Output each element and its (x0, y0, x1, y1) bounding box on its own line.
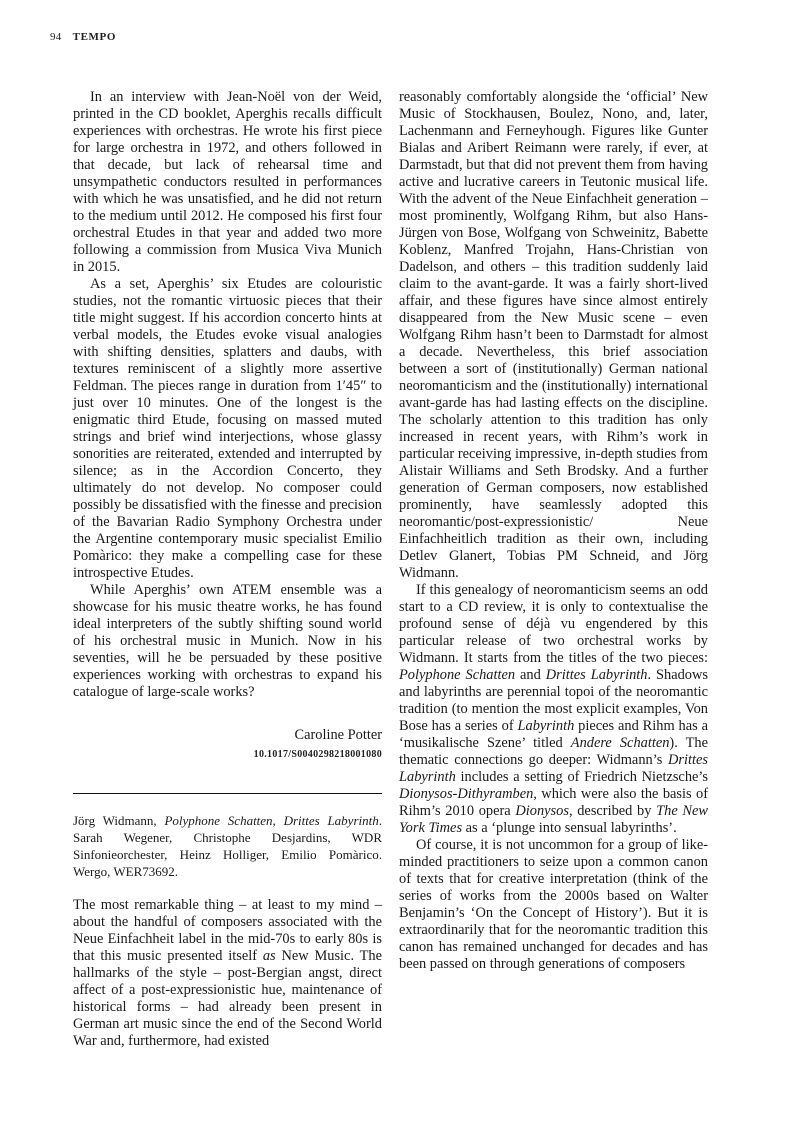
review1-paragraph-1: In an interview with Jean-Noël von der W… (73, 89, 382, 276)
work-title: Dionysos-Dithyramben (399, 786, 533, 802)
review2-paragraph-3: Of course, it is not uncommon for a grou… (399, 837, 708, 973)
review2-heading: Jörg Widmann, Polyphone Schatten, Dritte… (73, 812, 382, 880)
text-run: If this genealogy of neoromanticism seem… (399, 582, 708, 666)
page-number: 94 (50, 31, 62, 43)
review2-paragraph-1: The most remarkable thing – at least to … (73, 897, 382, 1050)
section-divider (73, 793, 382, 794)
work-title-2: Drittes Labyrinth (284, 813, 379, 828)
review1-paragraph-3: While Aperghis’ own ATEM ensemble was a … (73, 582, 382, 701)
right-column: reasonably comfortably alongside the ‘of… (399, 89, 708, 973)
text-run: includes a setting of Friedrich Nietzsch… (456, 769, 708, 785)
journal-title: TEMPO (73, 31, 116, 43)
work-title: Andere Schatten (571, 735, 670, 751)
review1-paragraph-2: As a set, Aperghis’ six Etudes are colou… (73, 276, 382, 582)
work-title: Drittes Labyrinth (546, 667, 648, 683)
work-title: Labyrinth (518, 718, 575, 734)
work-title: Dionysos (515, 803, 569, 819)
review2-paragraph-1-continued: reasonably comfortably alongside the ‘of… (399, 89, 708, 582)
left-column: In an interview with Jean-Noël von der W… (73, 89, 382, 1050)
text-run: , described by (569, 803, 656, 819)
text-run: and (515, 667, 546, 683)
composer-name: Jörg Widmann, (73, 813, 164, 828)
review2-paragraph-2: If this genealogy of neoromanticism seem… (399, 582, 708, 837)
text-run: as a ‘plunge into sensual labyrinths’. (462, 820, 677, 836)
work-title-1: Polyphone Schatten, (164, 813, 283, 828)
emphasis: as (263, 948, 276, 964)
review-doi[interactable]: 10.1017/S0040298218001080 (73, 746, 382, 763)
running-head: 94 TEMPO (50, 31, 116, 43)
work-title: Polyphone Schatten (399, 667, 515, 683)
review-author: Caroline Potter (73, 727, 382, 744)
